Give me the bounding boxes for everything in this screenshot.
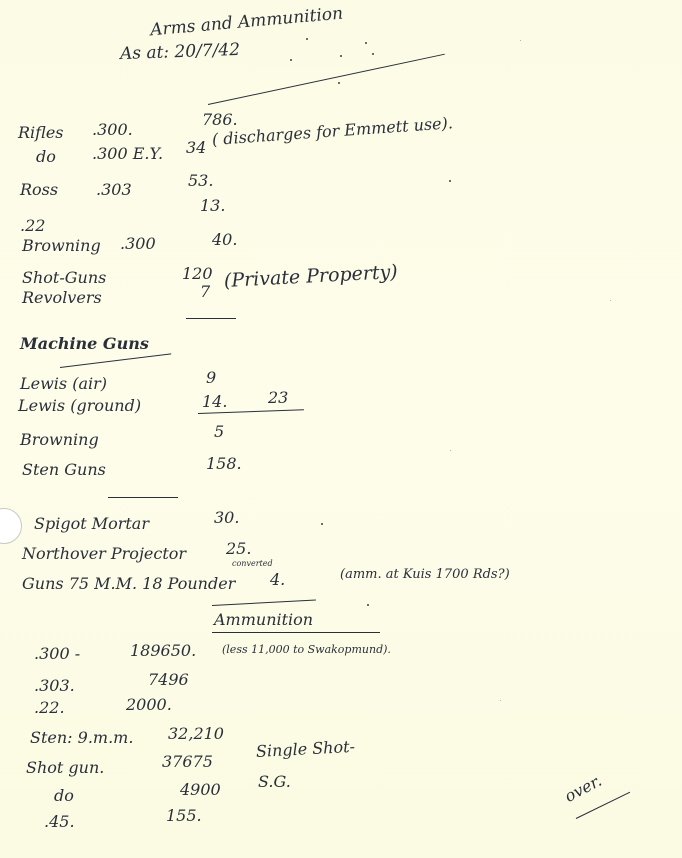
arms-label: Browning	[22, 238, 101, 254]
punch-hole	[0, 508, 22, 544]
ink-speck	[372, 53, 374, 55]
ammunition-heading: Ammunition	[214, 612, 313, 628]
ink-speck	[306, 38, 308, 40]
ammo-qty: 155.	[166, 808, 202, 824]
ammunition-underline	[212, 632, 380, 633]
arms-label: Ross	[20, 182, 58, 198]
ammo-note: S.G.	[258, 774, 291, 790]
ammo-label: .300 -	[34, 646, 80, 662]
footer-note: over.	[562, 773, 604, 805]
ammo-qty: 32,210	[168, 726, 224, 742]
arms-qty: 120	[182, 266, 213, 282]
arms-label: do	[36, 149, 56, 165]
arms-label: Rifles	[18, 125, 64, 141]
document-page: Arms and Ammunition As at: 20/7/42 Rifle…	[0, 0, 682, 858]
arms-label: Revolvers	[22, 290, 102, 306]
section-divider	[108, 497, 178, 498]
paper-speck	[520, 40, 521, 41]
paper-speck	[500, 700, 501, 701]
ammo-qty: 7496	[148, 672, 189, 688]
ammo-label: .45.	[44, 814, 75, 830]
ink-speck	[321, 523, 323, 525]
arms-calibre: .300	[120, 236, 156, 252]
weapon-qty: 30.	[214, 510, 239, 526]
arms-qty: 40.	[212, 232, 237, 248]
mg-label: Lewis (ground)	[18, 398, 141, 414]
ammo-qty: 37675	[162, 754, 213, 770]
ink-speck	[367, 604, 369, 606]
arms-qty: 13.	[200, 198, 225, 214]
mg-total: 23	[268, 390, 288, 406]
arms-calibre: .300.	[92, 122, 133, 138]
ammo-note: (less 11,000 to Swakopmund).	[222, 644, 391, 655]
date-line: As at: 20/7/42	[120, 42, 241, 63]
mg-label: Sten Guns	[22, 462, 106, 478]
ammo-qty: 2000.	[126, 697, 172, 713]
mg-qty: 9	[206, 370, 216, 386]
ammo-label: .303.	[34, 678, 75, 694]
machine-guns-heading: Machine Guns	[20, 336, 149, 352]
ammo-label: do	[54, 788, 74, 804]
weapon-label: Northover Projector	[22, 546, 186, 562]
ink-speck	[365, 42, 367, 44]
arms-calibre: .303	[96, 182, 132, 198]
weapon-label: Guns 75 M.M. 18 Pounder	[22, 576, 235, 592]
weapon-note: (amm. at Kuis 1700 Rds?)	[340, 568, 510, 581]
arms-label: .22	[20, 218, 45, 234]
arms-qty: 786.	[202, 112, 238, 128]
ammo-label: Sten: 9.m.m.	[30, 730, 133, 746]
arms-note: ( discharges for Emmett use).	[211, 115, 453, 148]
paper-speck	[610, 300, 611, 301]
weapon-qty: 25.	[226, 541, 251, 557]
section-divider	[212, 600, 316, 606]
arms-calibre: .300 E.Y.	[92, 146, 163, 162]
mg-label: Lewis (air)	[20, 376, 107, 392]
mg-qty: 14.	[202, 394, 227, 410]
title-underline	[208, 54, 445, 105]
arms-qty: 34	[186, 140, 206, 156]
weapon-qty: 4.	[270, 572, 285, 588]
ammo-qty: 189650.	[130, 643, 196, 659]
ink-speck	[338, 82, 340, 84]
paper-speck	[450, 450, 451, 451]
revolvers-underline	[186, 318, 236, 319]
ammo-note: Single Shot-	[256, 739, 356, 760]
arms-qty: 53.	[188, 173, 213, 189]
arms-qty: 7	[200, 284, 210, 300]
arms-label: Shot-Guns	[22, 270, 106, 286]
mg-label: Browning	[20, 432, 99, 448]
mg-qty: 158.	[206, 456, 242, 472]
document-title: Arms and Ammunition	[150, 6, 344, 40]
weapon-label: Spigot Mortar	[34, 516, 149, 532]
machine-guns-underline	[60, 353, 171, 368]
ammo-label: .22.	[34, 700, 65, 716]
ammo-qty: 4900	[180, 782, 221, 798]
mg-qty: 5	[214, 424, 224, 440]
ink-speck	[449, 180, 451, 182]
ammo-label: Shot gun.	[26, 760, 104, 776]
arms-note: (Private Property)	[224, 263, 399, 291]
ink-speck	[290, 59, 292, 61]
ink-speck	[340, 55, 342, 57]
weapon-superscript: converted	[232, 560, 273, 568]
